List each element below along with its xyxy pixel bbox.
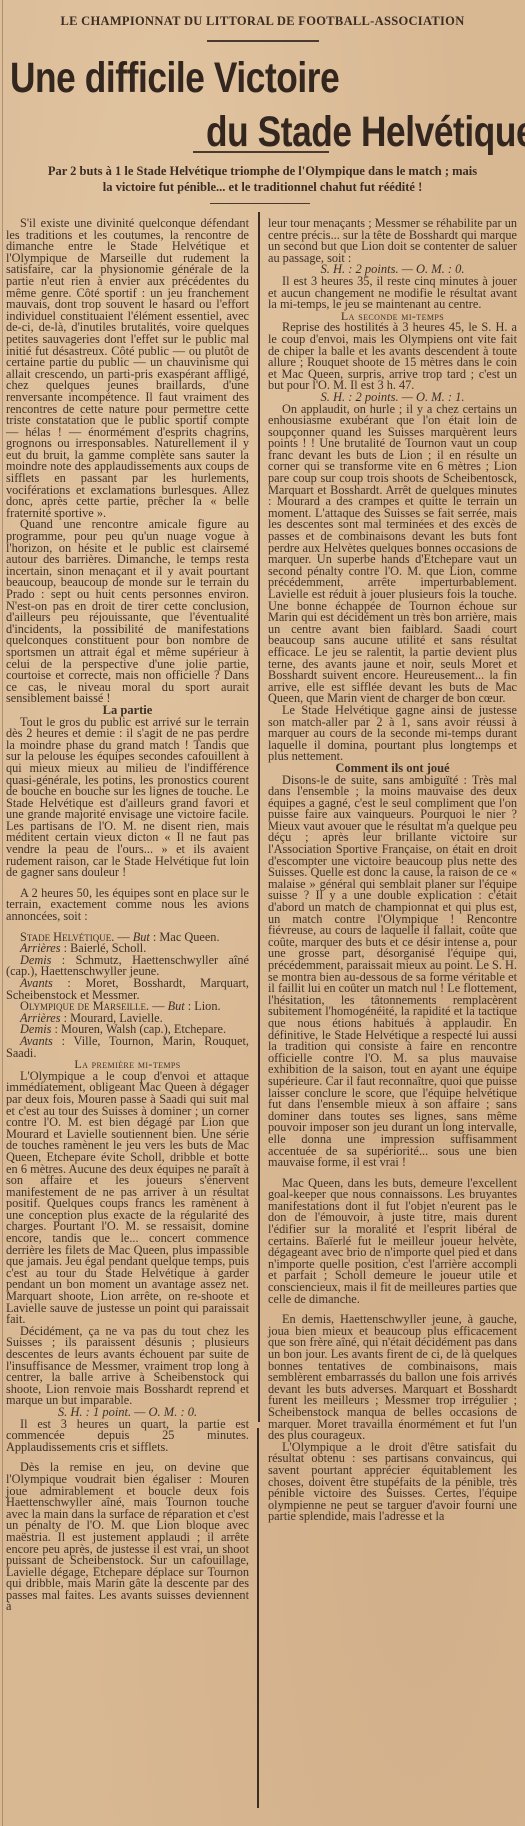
paragraph: Mac Queen, dans les buts, demeure l'exce…: [268, 1178, 517, 1306]
paragraph: Il est 3 heures un quart, la partie est …: [6, 1419, 249, 1454]
paragraph: Disons-le de suite, sans ambiguïté : Trè…: [268, 775, 517, 1169]
lineup-line: Demis : Schmutz, Haettenschwyller aîné (…: [6, 955, 249, 978]
deck-line-2: la victoire fut pénible... et le traditi…: [10, 179, 515, 195]
paragraph: L'Olympique a le droit d'être satisfait …: [268, 1442, 517, 1523]
lineup-line: Avants : Ville, Tournon, Marin, Rouquet,…: [6, 1036, 249, 1059]
headline-line-2: du Stade Helvétique: [206, 108, 525, 157]
paragraph: En demis, Haettenschwyller jeune, à gauc…: [268, 1314, 517, 1442]
column-divider: [258, 212, 260, 1422]
paragraph: Il est 3 heures 35, il reste cinq minute…: [268, 276, 517, 311]
paragraph: A 2 heures 50, les équipes sont en place…: [6, 888, 249, 923]
paragraph: Quand une rencontre amicale figure au pr…: [6, 519, 249, 705]
left-column: S'il existe une divinité quelconque défe…: [6, 218, 249, 1613]
lineup-line: Avants : Moret, Bosshardt, Marquart, Sch…: [6, 978, 249, 1001]
headline-rule: [193, 151, 329, 153]
paragraph: leur tour menaçants ; Messmer se réhabil…: [268, 218, 517, 264]
paragraph: S'il existe une divinité quelconque défe…: [6, 218, 249, 519]
page-edge-line: [2, 0, 3, 1826]
deck-line-1: Par 2 buts à 1 le Stade Helvétique triom…: [10, 163, 515, 179]
headline-line-1: Une difficile Victoire: [10, 54, 339, 103]
article-deck: Par 2 buts à 1 le Stade Helvétique triom…: [10, 163, 515, 195]
column-divider-lower: [257, 1428, 259, 1808]
player-list: Lion.: [194, 999, 220, 1013]
paragraph: On applaudit, on hurle ; il y a chez cer…: [268, 404, 517, 705]
position-label: But: [168, 999, 185, 1013]
paragraph: Reprise des hostilités à 3 heures 45, le…: [268, 322, 517, 392]
article-kicker: LE CHAMPIONNAT DU LITTORAL DE FOOTBALL-A…: [0, 14, 525, 29]
paragraph: Décidément, ça ne va pas du tout chez le…: [6, 1326, 249, 1407]
paragraph: Dès la remise en jeu, on devine que l'Ol…: [6, 1462, 249, 1613]
paragraph: Le Stade Helvétique gagne ainsi de juste…: [268, 705, 517, 763]
paragraph: Tout le gros du public est arrivé sur le…: [6, 717, 249, 879]
deck-rule: [210, 203, 310, 204]
player-list: Mac Queen.: [159, 930, 219, 944]
newspaper-page: LE CHAMPIONNAT DU LITTORAL DE FOOTBALL-A…: [0, 0, 525, 1826]
paragraph: L'Olympique a le coup d'envoi et attaque…: [6, 1071, 249, 1326]
kicker-rule: [207, 40, 319, 42]
right-column: leur tour menaçants ; Messmer se réhabil…: [268, 218, 517, 1523]
